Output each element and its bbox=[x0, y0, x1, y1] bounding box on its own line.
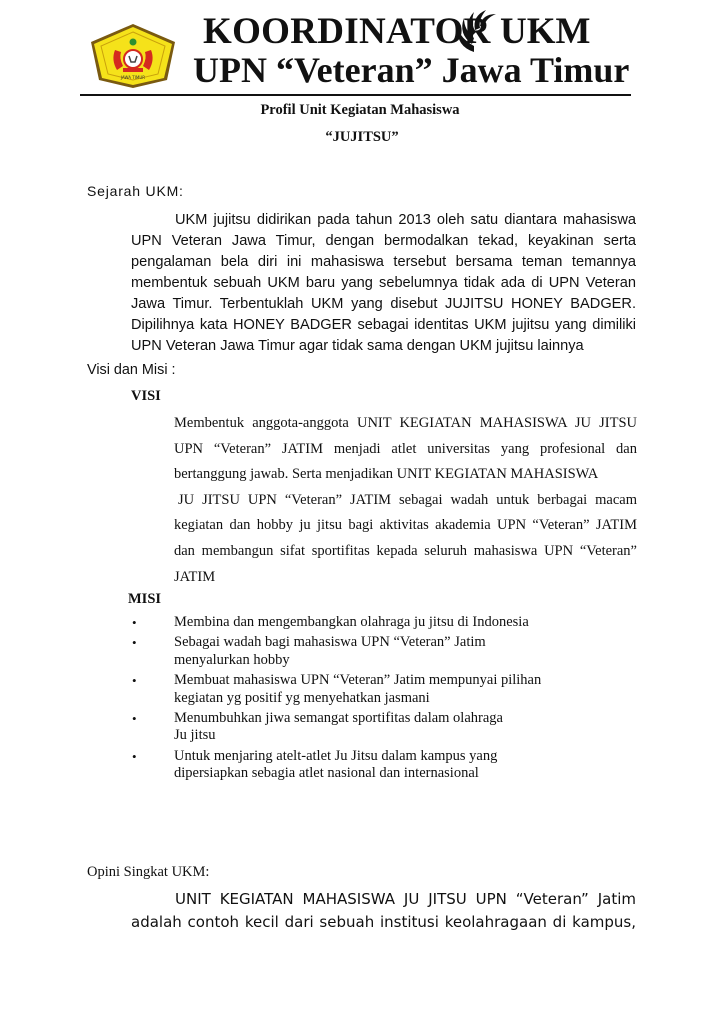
misi-heading: MISI bbox=[128, 591, 161, 608]
header-title-ukm: UKM bbox=[500, 12, 590, 52]
opini-line: adalah contoh kecil dari sebuah institus… bbox=[131, 911, 636, 934]
document-subtitle: Profil Unit Kegiatan Mahasiswa bbox=[0, 102, 724, 119]
bullet-icon: • bbox=[132, 672, 137, 689]
visi-line: Membentuk anggota-anggota UNIT KEGIATAN … bbox=[174, 411, 637, 437]
ukm-swirl-logo-icon bbox=[452, 8, 500, 54]
sejarah-paragraph: UKM jujitsu didirikan pada tahun 2013 ol… bbox=[131, 210, 636, 357]
header-title-koordinator: KOORDINATOR bbox=[203, 12, 491, 52]
list-item: •Sebagai wadah bagi mahasiswa UPN “Veter… bbox=[128, 634, 598, 669]
bullet-icon: • bbox=[132, 614, 137, 631]
subtitle-text: Profil Unit Kegiatan Mahasiswa bbox=[260, 102, 459, 118]
misi-item-text: Sebagai wadah bagi mahasiswa UPN “Vetera… bbox=[174, 634, 486, 667]
visi-heading: VISI bbox=[131, 388, 161, 405]
list-item: •Untuk menjaring atelt-atlet Ju Jitsu da… bbox=[128, 748, 598, 783]
visi-line: dan membangun sifat sportifitas kepada s… bbox=[174, 539, 637, 565]
svg-text:JAWA TIMUR: JAWA TIMUR bbox=[120, 75, 145, 80]
visi-line: kegiatan dan hobby ju jitsu bagi aktivit… bbox=[174, 513, 637, 539]
sejarah-text: UKM jujitsu didirikan pada tahun 2013 ol… bbox=[131, 210, 636, 357]
university-emblem-icon: JAWA TIMUR bbox=[87, 22, 179, 90]
bullet-icon: • bbox=[132, 748, 137, 765]
header-divider bbox=[80, 94, 631, 96]
list-item: •Menumbuhkan jiwa semangat sportifitas d… bbox=[128, 710, 598, 745]
sejarah-heading: Sejarah UKM: bbox=[87, 183, 184, 199]
opini-heading: Opini Singkat UKM: bbox=[87, 864, 209, 881]
misi-item-text: Menumbuhkan jiwa semangat sportifitas da… bbox=[174, 710, 503, 743]
misi-item-text: Membina dan mengembangkan olahraga ju ji… bbox=[174, 614, 529, 630]
opini-line: UNIT KEGIATAN MAHASISWA JU JITSU UPN “Ve… bbox=[131, 888, 636, 911]
header-title-upn: UPN “Veteran” Jawa Timur bbox=[193, 50, 629, 90]
opini-paragraph: UNIT KEGIATAN MAHASISWA JU JITSU UPN “Ve… bbox=[131, 888, 636, 934]
bullet-icon: • bbox=[132, 710, 137, 727]
visi-line: JATIM bbox=[174, 565, 637, 591]
misi-item-text: Untuk menjaring atelt-atlet Ju Jitsu dal… bbox=[174, 748, 497, 781]
ukm-name: “JUJITSU” bbox=[0, 129, 724, 146]
bullet-icon: • bbox=[132, 634, 137, 651]
misi-item-text: Membuat mahasiswa UPN “Veteran” Jatim me… bbox=[174, 672, 541, 705]
visi-paragraph: Membentuk anggota-anggota UNIT KEGIATAN … bbox=[174, 411, 637, 590]
list-item: •Membuat mahasiswa UPN “Veteran” Jatim m… bbox=[128, 672, 598, 707]
list-item: •Membina dan mengembangkan olahraga ju j… bbox=[128, 614, 598, 631]
visi-line: JU JITSU UPN “Veteran” JATIM sebagai wad… bbox=[174, 488, 637, 514]
visi-line: bertanggung jawab. Serta menjadikan UNIT… bbox=[174, 462, 637, 488]
visi-misi-heading: Visi dan Misi : bbox=[87, 362, 176, 378]
misi-list: •Membina dan mengembangkan olahraga ju j… bbox=[128, 614, 598, 786]
visi-line: UPN “Veteran” JATIM menjadi atlet univer… bbox=[174, 437, 637, 463]
